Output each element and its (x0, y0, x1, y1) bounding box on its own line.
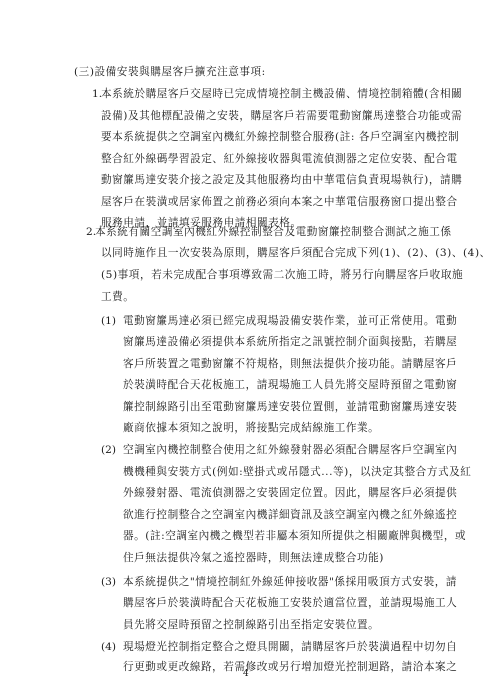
subitem-1-line-4: 於裝潢時配合天花板施工，請現場施工人員先將交屋時預留之電動窗 (123, 378, 457, 392)
subitem-1-label: (1) (101, 314, 116, 328)
subitem-2-line-4: 欲進行控制整合之空調室內機詳細資訊及該空調室內機之紅外線遙控 (123, 508, 457, 522)
subitem-2-label: (2) (101, 443, 116, 457)
subitem-3-line-3: 員先將交屋時預留之控制線路引出至指定安裝位置。 (123, 618, 379, 632)
item-1-line-3: 要本系統提供之空調室內機紅外線控制整合服務(註: 各戶空調室內機控制 (101, 130, 459, 144)
item-1-line-4: 整合紅外線碼學習設定、紅外線接收器與電流偵測器之定位安裝、配合電 (101, 152, 458, 166)
subitem-2-line-5: 器。(註:空調室內機之機型若非屬本須知所提供之相關廠牌與機型，或 (123, 529, 466, 543)
section-heading: (三)設備安裝與購屋客戶擴充注意事項: (74, 65, 266, 79)
document-page: (三)設備安裝與購屋客戶擴充注意事項: 1. 本系統於購屋客戶交屋時已完成情境控… (0, 0, 495, 700)
item-1-line-6: 屋客戶在裝潢或居家佈置之前務必須向本案之中華電信服務窗口提出整合 (101, 195, 458, 209)
item-1-line-5: 動窗簾馬達安裝介接之設定及其他服務均由中華電信負責現場執行)，請購 (101, 173, 462, 187)
subitem-4-line-1: 現場燈光控制指定整合之燈具開關，請購屋客戶於裝潢過程中切勿自 (123, 640, 457, 654)
subitem-1-line-5: 簾控制線路引出至電動窗簾馬達安裝位置側，並請電動窗簾馬達安裝 (123, 400, 457, 414)
subitem-4-label: (4) (101, 640, 116, 654)
item-2-line-4: 工費。 (101, 290, 134, 304)
subitem-2-line-2: 機機種與安裝方式(例如:壁掛式或吊隱式...等)，以決定其整合方式及紅 (123, 465, 471, 479)
item-1-line-1: 本系統於購屋客戶交屋時已完成情境控制主機設備、情境控制箱體(含相關 (101, 87, 462, 101)
subitem-4-line-2: 行更動或更改線路，若需修改或另行增加燈光控制迴路，請洽本案之 (123, 660, 457, 674)
subitem-1-line-1: 電動窗簾馬達必須已經完成現場設備安裝作業，並可正常使用。電動 (123, 314, 457, 328)
subitem-2-line-6: 住戶無法提供冷氣之遙控器時，則無法達成整合功能) (123, 551, 384, 565)
subitem-3-label: (3) (101, 575, 116, 589)
item-2-line-3: (5)事項，若未完成配合事項導致需二次施工時，將另行向購屋客戶收取施 (101, 268, 463, 282)
subitem-3-line-1: 本系統提供之"情境控制紅外線延伸接收器"係採用吸頂方式安裝，請 (123, 575, 457, 589)
subitem-2-line-1: 空調室內機控制整合使用之紅外線發射器必須配合購屋客戶空調室內 (123, 443, 457, 457)
subitem-2-line-3: 外線發射器、電流偵測器之安裝固定位置。因此，購屋客戶必須提供 (123, 486, 457, 500)
item-2-line-1: 本系統有關空調室內機紅外線控制整合及電動窗簾控制整合測試之施工係 (95, 225, 452, 239)
item-2-line-2: 以同時施作且一次安裝為原則，購屋客戶須配合完成下列(1)、(2)、(3)、(4)… (101, 246, 491, 260)
subitem-1-line-6: 廠商依據本須知之說明，將接點完成結線施工作業。 (123, 421, 379, 435)
subitem-1-line-3: 客戶所裝置之電動窗簾不符規格，則無法提供介接功能。請購屋客戶 (123, 357, 457, 371)
page-number: 4 (243, 668, 249, 680)
subitem-3-line-2: 購屋客戶於裝潢時配合天花板施工安裝於適當位置，並請現場施工人 (123, 596, 457, 610)
item-1-line-2: 設備)及其他標配設備之安裝，購屋客戶若需要電動窗簾馬達整合功能或需 (101, 109, 462, 123)
subitem-1-line-2: 窗簾馬達設備必須提供本系統所指定之訊號控制介面與接點，若購屋 (123, 335, 457, 349)
